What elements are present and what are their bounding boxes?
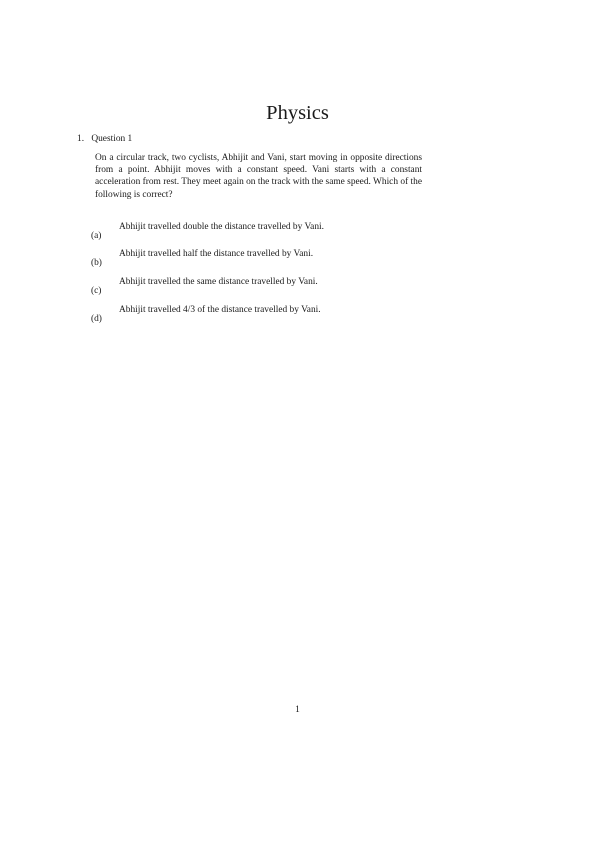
option-a: (a) Abhijit travelled double the distanc… — [91, 221, 421, 247]
question-title: Question 1 — [91, 134, 132, 144]
option-label: (b) — [91, 257, 102, 269]
option-b: (b) Abhijit travelled half the distance … — [91, 248, 421, 274]
option-text: Abhijit travelled 4/3 of the distance tr… — [119, 304, 321, 316]
page-number: 1 — [0, 704, 595, 716]
option-label: (d) — [91, 313, 102, 325]
question-number: 1. — [77, 133, 89, 145]
page-title: Physics — [0, 101, 595, 125]
option-text: Abhijit travelled double the distance tr… — [119, 221, 324, 233]
option-c: (c) Abhijit travelled the same distance … — [91, 276, 421, 302]
question-body: On a circular track, two cyclists, Abhij… — [95, 152, 422, 201]
option-d: (d) Abhijit travelled 4/3 of the distanc… — [91, 304, 421, 330]
option-text: Abhijit travelled half the distance trav… — [119, 248, 313, 260]
question-heading: 1. Question 1 — [77, 133, 132, 145]
option-text: Abhijit travelled the same distance trav… — [119, 276, 318, 288]
option-label: (c) — [91, 285, 101, 297]
option-label: (a) — [91, 230, 101, 242]
